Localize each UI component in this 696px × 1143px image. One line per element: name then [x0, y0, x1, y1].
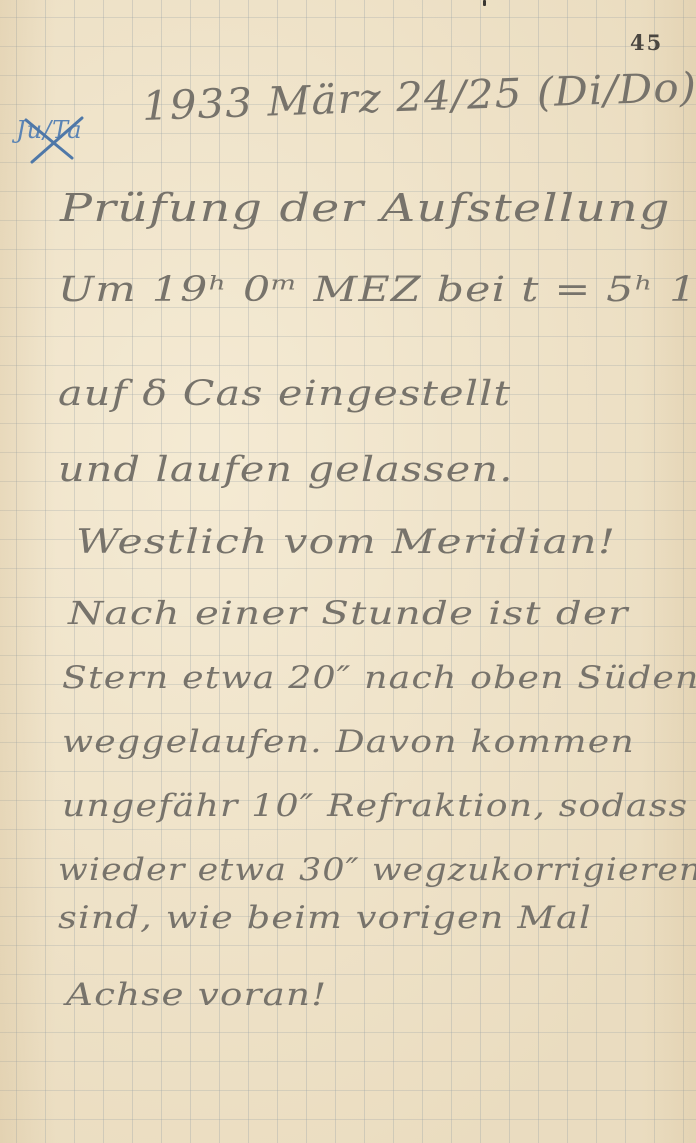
struck-out-margin-note: Ju/Ta: [12, 112, 88, 164]
entry-date-heading: 1933 März 24/25 (Di/Do): [141, 65, 696, 130]
notebook-page: 45 Ju/Ta 1933 März 24/25 (Di/Do) Prüfung…: [0, 0, 696, 1143]
handwritten-line: Stern etwa 20″ nach oben Süden: [62, 660, 696, 696]
page-number: 45: [630, 30, 663, 55]
handwritten-line-title: Prüfung der Aufstellung: [60, 186, 671, 230]
handwritten-line: sind, wie beim vorigen Mal: [58, 900, 592, 936]
handwritten-line-closing: Achse voran!: [66, 977, 327, 1013]
handwritten-line: Nach einer Stunde ist der: [68, 594, 629, 632]
handwritten-line: wieder etwa 30″ wegzukorrigieren: [58, 852, 696, 888]
strike-x-icon: [12, 112, 88, 164]
handwritten-line: und laufen gelassen.: [58, 450, 514, 490]
handwritten-line: Westlich vom Meridian!: [76, 522, 616, 562]
handwritten-line: Um 19ʰ 0ᵐ MEZ bei t = 5ʰ 18ᵐ: [58, 270, 696, 310]
handwritten-line: auf δ Cas eingestellt: [58, 374, 511, 414]
handwritten-line: ungefähr 10″ Refraktion, sodass: [62, 788, 688, 824]
handwritten-line: weggelaufen. Davon kommen: [62, 724, 635, 760]
ink-speck: [483, 0, 486, 6]
